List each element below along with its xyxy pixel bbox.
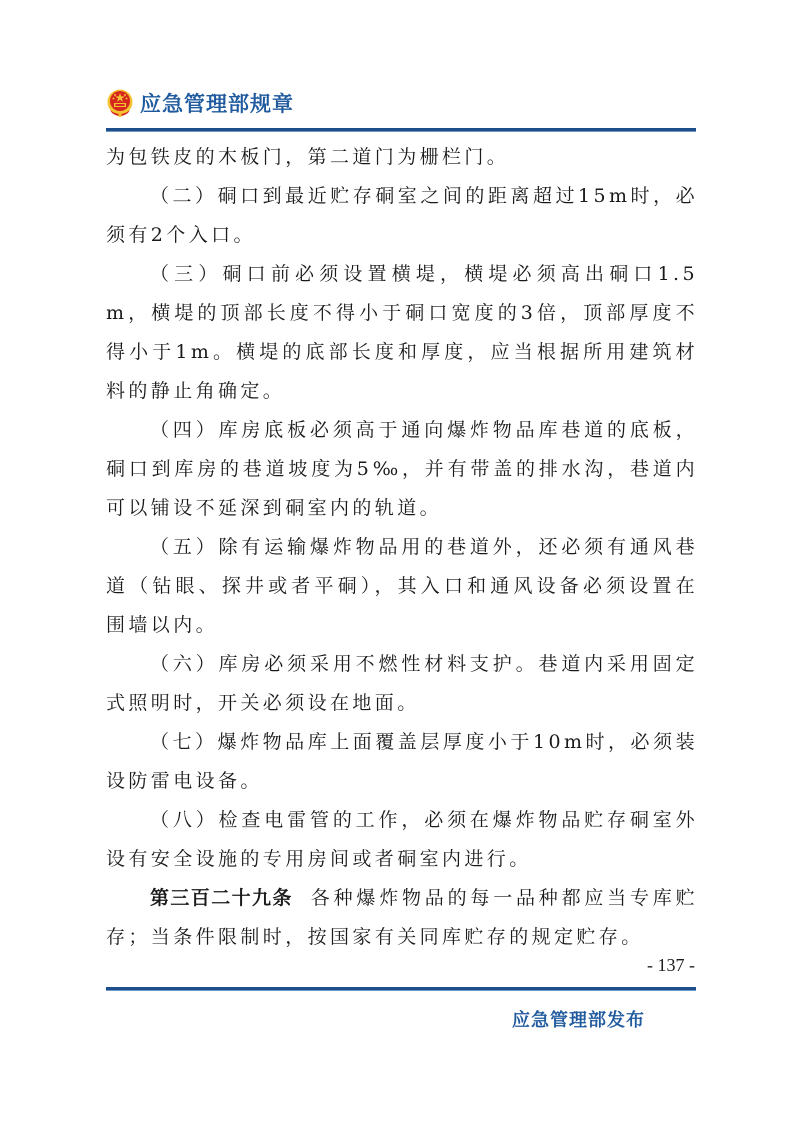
footer-publisher: 应急管理部发布 — [512, 1006, 645, 1032]
paragraph-item-5: （五）除有运输爆炸物品用的巷道外，还必须有通风巷道（钻眼、探井或者平硐），其入口… — [106, 528, 698, 645]
article-329: 第三百二十九条各种爆炸物品的每一品种都应当专库贮存；当条件限制时，按国家有关同库… — [106, 879, 698, 957]
paragraph-item-3: （三）硐口前必须设置横堤，横堤必须高出硐口1.5m，横堤的顶部长度不得小于硐口宽… — [106, 255, 698, 411]
paragraph-item-7: （七）爆炸物品库上面覆盖层厚度小于10m时，必须装设防雷电设备。 — [106, 723, 698, 801]
footer-divider — [106, 987, 696, 991]
national-emblem-icon — [106, 88, 134, 118]
page-number: - 137 - — [647, 955, 695, 976]
paragraph-item-6: （六）库房必须采用不燃性材料支护。巷道内采用固定式照明时，开关必须设在地面。 — [106, 645, 698, 723]
page-header: 应急管理部规章 — [106, 86, 294, 120]
paragraph-item-2: （二）硐口到最近贮存硐室之间的距离超过15m时，必须有2个入口。 — [106, 177, 698, 255]
document-body: 为包铁皮的木板门，第二道门为栅栏门。 （二）硐口到最近贮存硐室之间的距离超过15… — [106, 138, 698, 957]
header-title: 应急管理部规章 — [140, 88, 294, 118]
paragraph-continuation: 为包铁皮的木板门，第二道门为栅栏门。 — [106, 138, 698, 177]
paragraph-item-8: （八）检查电雷管的工作，必须在爆炸物品贮存硐室外设有安全设施的专用房间或者硐室内… — [106, 801, 698, 879]
header-divider — [106, 128, 696, 132]
paragraph-item-4: （四）库房底板必须高于通向爆炸物品库巷道的底板，硐口到库房的巷道坡度为5‰，并有… — [106, 411, 698, 528]
article-number: 第三百二十九条 — [150, 887, 293, 909]
